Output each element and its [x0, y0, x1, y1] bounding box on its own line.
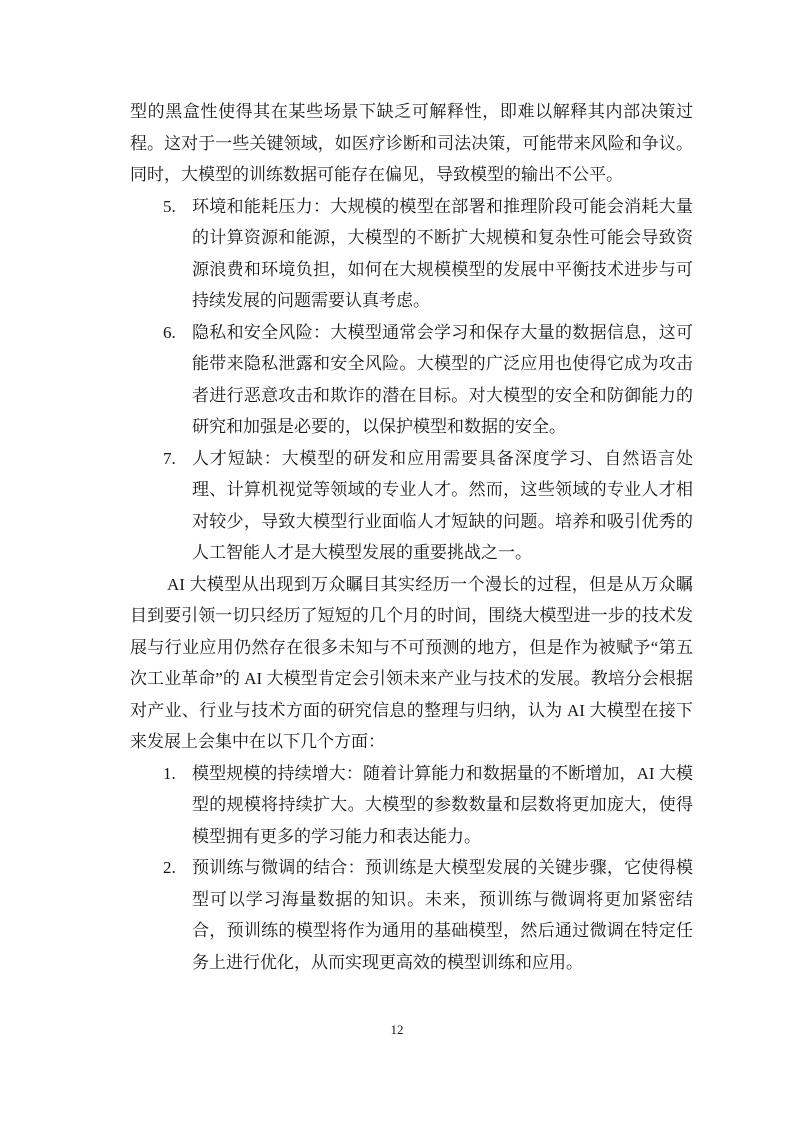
trend-item-1-number: 1. — [163, 758, 176, 790]
list-item-5: 5. 环境和能耗压力：大规模的模型在部署和推理阶段可能会消耗大量的计算资源和能源… — [130, 191, 693, 317]
page-footer: 12 — [0, 1020, 794, 1040]
list-item-6-text: 隐私和安全风险：大模型通常会学习和保存大量的数据信息，这可能带来隐私泄露和安全风… — [192, 323, 693, 437]
list-item-6: 6. 隐私和安全风险：大模型通常会学习和保存大量的数据信息，这可能带来隐私泄露和… — [130, 317, 693, 443]
page-number: 12 — [391, 1022, 404, 1037]
list-item-4-continuation: 型的黑盒性使得其在某些场景下缺乏可解释性，即难以解释其内部决策过程。这对于一些关… — [130, 96, 693, 191]
trend-item-2-number: 2. — [163, 852, 176, 884]
page-content: 型的黑盒性使得其在某些场景下缺乏可解释性，即难以解释其内部决策过程。这对于一些关… — [130, 96, 693, 978]
list-item-5-text: 环境和能耗压力：大规模的模型在部署和推理阶段可能会消耗大量的计算资源和能源，大模… — [192, 197, 693, 311]
trend-item-2: 2. 预训练与微调的结合：预训练是大模型发展的关键步骤，它使得模型可以学习海量数… — [130, 852, 693, 978]
list-item-7: 7. 人才短缺：大模型的研发和应用需要具备深度学习、自然语言处理、计算机视觉等领… — [130, 443, 693, 569]
trend-item-2-text: 预训练与微调的结合：预训练是大模型发展的关键步骤，它使得模型可以学习海量数据的知… — [192, 858, 693, 972]
trend-item-1-text: 模型规模的持续增大：随着计算能力和数据量的不断增加，AI 大模型的规模将持续扩大… — [192, 764, 693, 846]
trend-item-1: 1. 模型规模的持续增大：随着计算能力和数据量的不断增加，AI 大模型的规模将持… — [130, 758, 693, 853]
list-item-5-number: 5. — [163, 191, 176, 223]
document-page: 型的黑盒性使得其在某些场景下缺乏可解释性，即难以解释其内部决策过程。这对于一些关… — [0, 0, 794, 1123]
list-item-7-text: 人才短缺：大模型的研发和应用需要具备深度学习、自然语言处理、计算机视觉等领域的专… — [192, 449, 693, 563]
list-item-7-number: 7. — [163, 443, 176, 475]
list-item-6-number: 6. — [163, 317, 176, 349]
outlook-paragraph: AI 大模型从出现到万众瞩目其实经历一个漫长的过程，但是从万众瞩目到要引领一切只… — [130, 569, 693, 758]
